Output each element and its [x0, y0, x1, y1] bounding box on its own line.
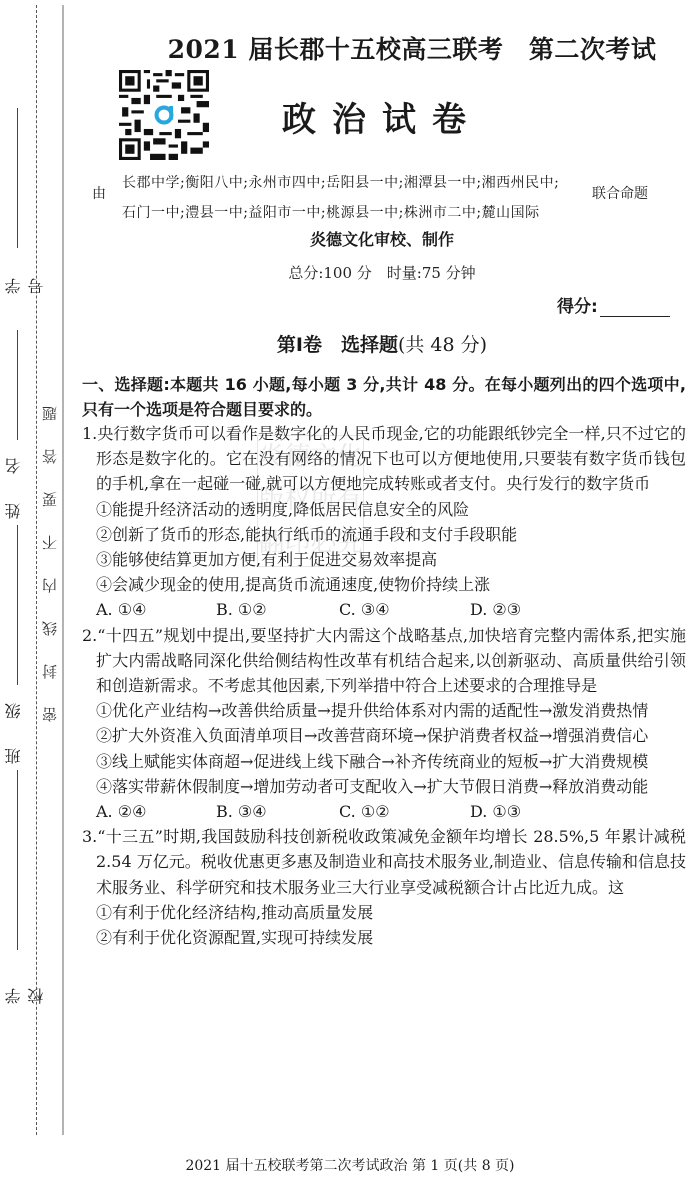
producer-label: 炎德文化审校、制作	[82, 227, 682, 250]
subject-title: 政治试卷	[252, 92, 512, 141]
question-stem: 2.“十四五”规划中提出,要坚持扩大内需这个战略基点,加快培育完整内需体系,把实…	[82, 623, 686, 699]
question-stem: 3.“十三五”时期,我国鼓励科技创新税收政策减免金额年均增长 28.5%,5 年…	[82, 824, 686, 900]
schools-line: 长郡中学;衡阳八中;永州市四中;岳阳县一中;湘潭县一中;湘西州民中;	[122, 168, 622, 198]
answer-choice-a: A. ②④	[96, 799, 216, 824]
score-field: 得分:	[557, 292, 670, 317]
page-footer: 2021 届十五校联考第二次考试政治 第 1 页(共 8 页)	[0, 1155, 700, 1175]
by-label: 由	[92, 183, 106, 203]
answer-choice-c: C. ③④	[339, 597, 470, 622]
answer-choices: A. ②④ B. ③④ C. ①② D. ①③	[82, 799, 686, 824]
class-label: 班 级	[2, 690, 30, 765]
statement-option: ①优化产业结构→改善供给质量→提升供给体系对内需的适配性→激发消费热情	[82, 698, 686, 723]
question-text: 央行数字货币可以看作是数字化的人民币现金,它的功能跟纸钞完全一样,只不过它的形态…	[96, 424, 686, 493]
margin-border-line	[62, 5, 64, 1135]
answer-choice-a: A. ①④	[96, 597, 216, 622]
school-label: 学 校	[2, 955, 30, 1025]
question-number: 1.	[82, 424, 97, 443]
question-stem: 1.央行数字货币可以看作是数字化的人民币现金,它的功能跟纸钞完全一样,只不过它的…	[82, 421, 686, 497]
exam-meta: 总分:100 分 时量:75 分钟	[82, 262, 682, 283]
student-id-blank[interactable]	[17, 108, 18, 248]
statement-option: ②扩大外资准入负面清单项目→改善营商环境→保护消费者权益→增强消费信心	[82, 723, 686, 748]
student-id-label: 学 号	[2, 250, 30, 310]
statement-option: ②创新了货币的形态,能执行纸币的流通手段和支付手段职能	[82, 522, 686, 547]
joint-proposition-label: 联合命题	[592, 183, 648, 203]
statement-option: ④落实带薪休假制度→增加劳动者可支配收入→扩大节假日消费→释放消费动能	[82, 774, 686, 799]
section-title-main: 第Ⅰ卷 选择题	[277, 334, 398, 356]
exam-title: 2021 届长郡十五校高三联考 第二次考试	[132, 30, 692, 66]
question-1: 1.央行数字货币可以看作是数字化的人民币现金,它的功能跟纸钞完全一样,只不过它的…	[82, 421, 686, 623]
answer-choices: A. ①④ B. ①② C. ③④ D. ②③	[82, 597, 686, 622]
schools-line: 石门一中;澧县一中;益阳市一中;桃源县一中;株洲市二中;麓山国际	[122, 198, 622, 228]
statement-option: ③线上赋能实体商超→促进线上线下融合→补齐传统商业的短板→扩大消费规模	[82, 749, 686, 774]
statement-option: ③能够使结算更加方便,有利于促进交易效率提高	[82, 547, 686, 572]
score-label: 得分:	[557, 292, 598, 317]
question-text: “十三五”时期,我国鼓励科技创新税收政策减免金额年均增长 28.5%,5 年累计…	[96, 827, 686, 896]
answer-choice-d: D. ①③	[470, 799, 590, 824]
question-list: 1.央行数字货币可以看作是数字化的人民币现金,它的功能跟纸钞完全一样,只不过它的…	[82, 421, 686, 950]
answer-choice-c: C. ①②	[339, 799, 470, 824]
statement-option: ①能提升经济活动的透明度,降低居民信息安全的风险	[82, 497, 686, 522]
answer-choice-b: B. ①②	[216, 597, 339, 622]
exam-page: 2021 届长郡十五校高三联考 第二次考试 政治试卷	[82, 0, 684, 1190]
question-2: 2.“十四五”规划中提出,要坚持扩大内需这个战略基点,加快培育完整内需体系,把实…	[82, 623, 686, 825]
statement-option: ②有利于优化资源配置,实现可持续发展	[82, 925, 686, 950]
participating-schools: 长郡中学;衡阳八中;永州市四中;岳阳县一中;湘潭县一中;湘西州民中; 石门一中;…	[122, 168, 622, 228]
qr-code-icon	[119, 70, 209, 160]
question-3: 3.“十三五”时期,我国鼓励科技创新税收政策减免金额年均增长 28.5%,5 年…	[82, 824, 686, 950]
answer-choice-d: D. ②③	[470, 597, 590, 622]
statement-option: ①有利于优化经济结构,推动高质量发展	[82, 900, 686, 925]
statement-option: ④会减少现金的使用,提高货币流通速度,使物价持续上涨	[82, 572, 686, 597]
section-title: 第Ⅰ卷 选择题(共 48 分)	[82, 330, 682, 357]
section-instructions: 一、选择题:本题共 16 小题,每小题 3 分,共计 48 分。在每小题列出的四…	[82, 372, 686, 422]
question-text: “十四五”规划中提出,要坚持扩大内需这个战略基点,加快培育完整内需体系,把实施扩…	[96, 626, 686, 695]
name-label: 姓 名	[2, 445, 30, 520]
seal-cut-line	[36, 5, 37, 1135]
name-blank-upper	[17, 330, 18, 440]
seal-notice: 密封线内不要答题	[39, 345, 59, 755]
name-blank[interactable]	[17, 525, 18, 685]
score-blank[interactable]	[600, 298, 670, 317]
binding-margin: 学 号 姓 名 班 级 学 校 密封线内不要答题	[0, 0, 66, 1190]
section-title-points: (共 48 分)	[398, 334, 487, 356]
question-number: 3.	[82, 827, 97, 846]
answer-choice-b: B. ③④	[216, 799, 339, 824]
class-blank[interactable]	[17, 770, 18, 950]
question-number: 2.	[82, 626, 97, 645]
